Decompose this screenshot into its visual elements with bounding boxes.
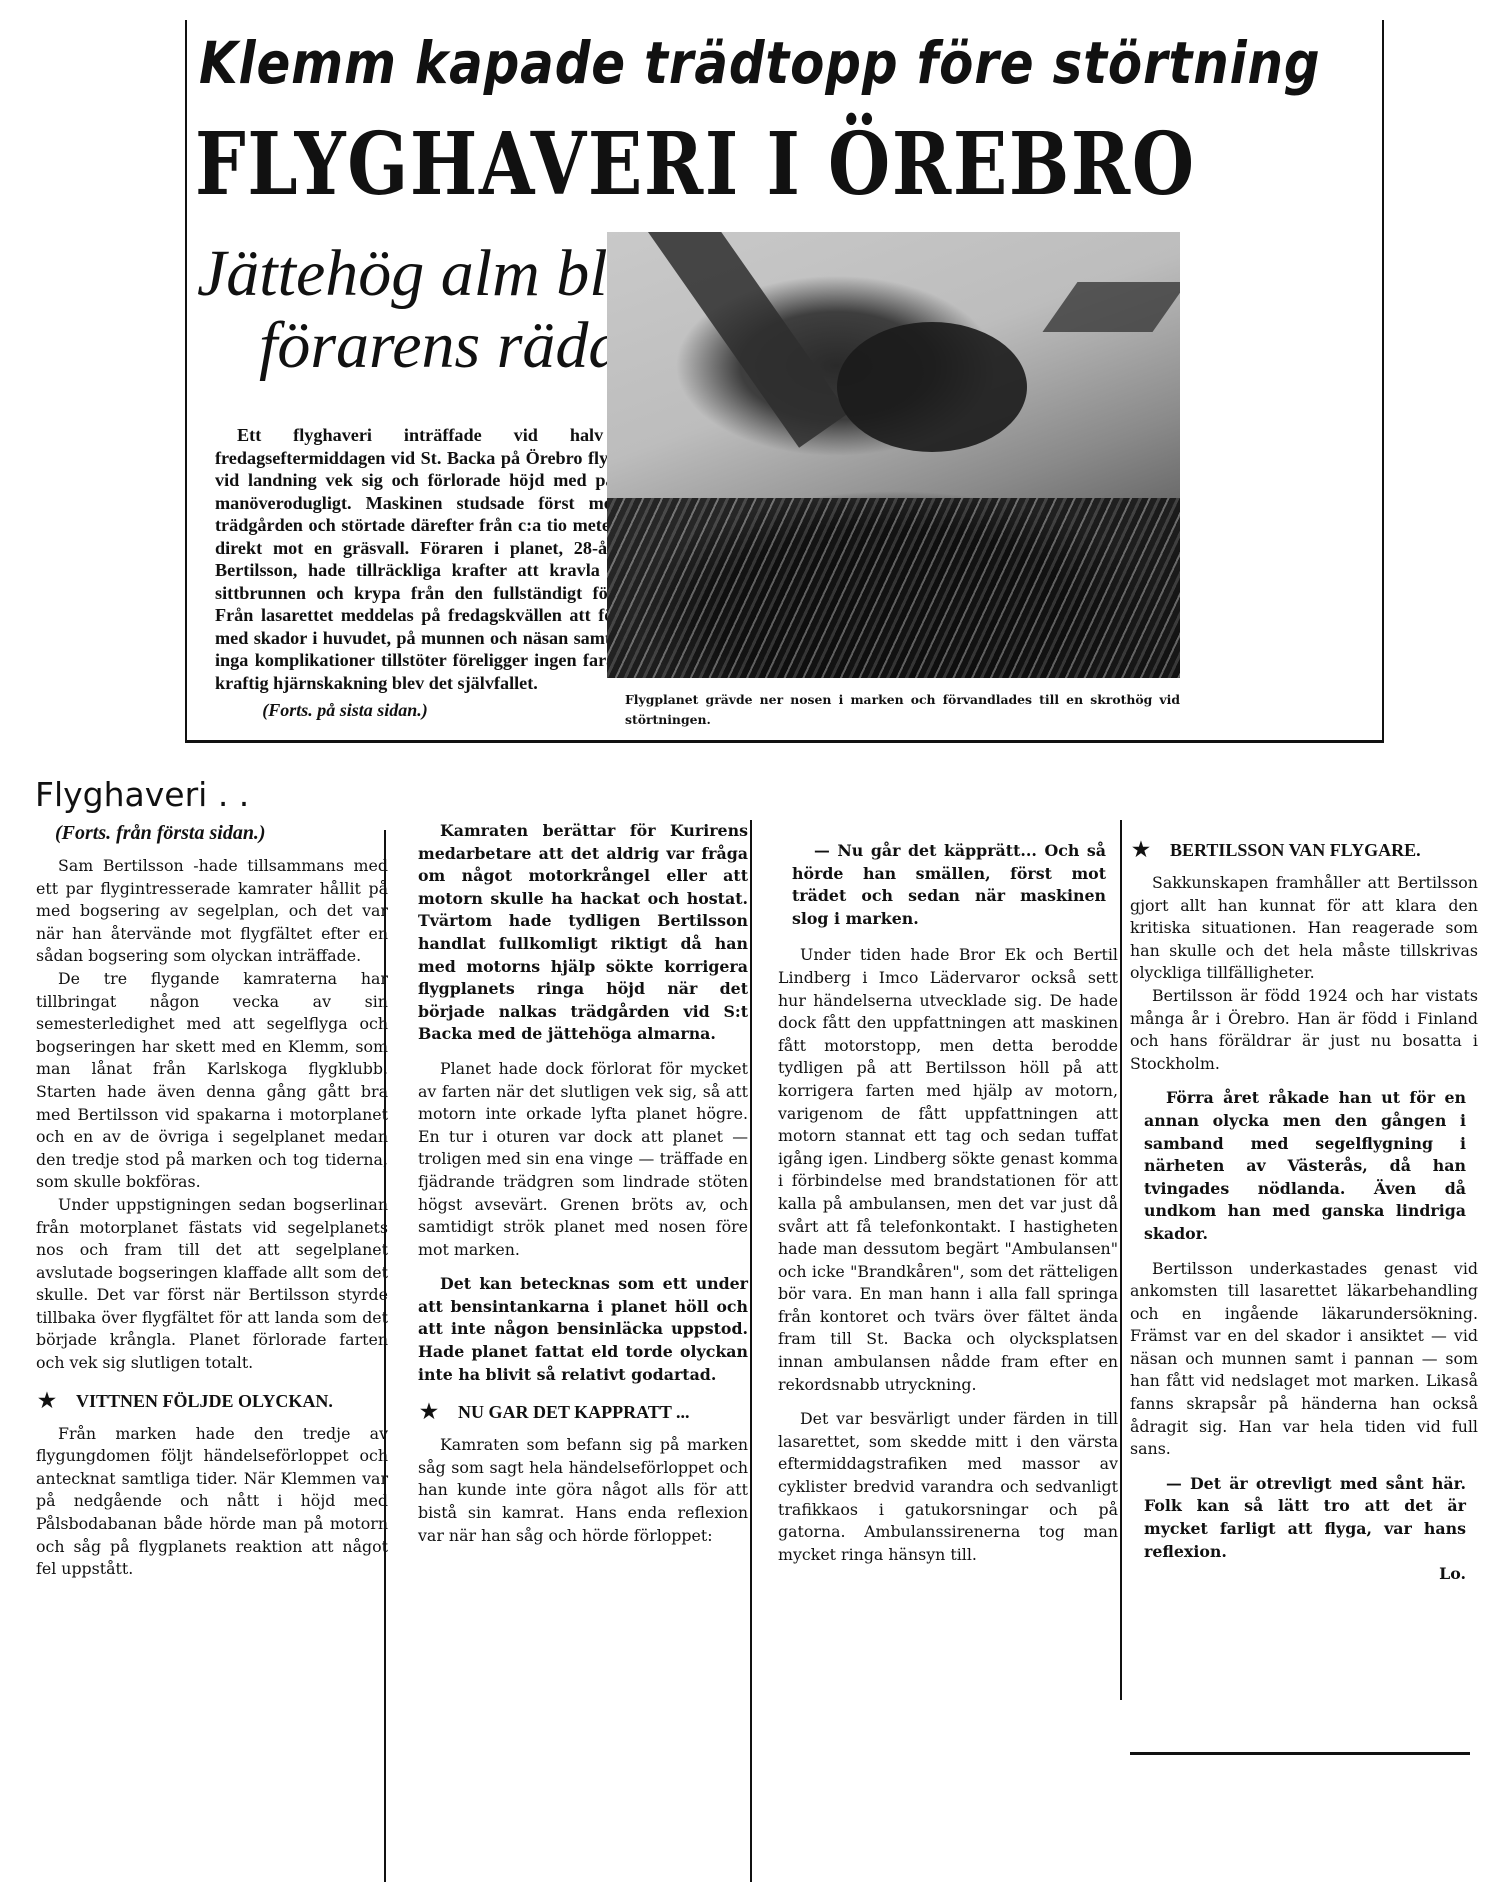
paragraph: Det var besvärligt under färden in till …: [778, 1408, 1118, 1566]
byline-signature: Lo.: [1130, 1563, 1478, 1586]
subheading-text: NU GAR DET KAPPRATT ...: [458, 1402, 690, 1422]
crashed-plane-photo: [607, 232, 1180, 678]
paragraph: Under tiden hade Bror Ek och Bertil Lind…: [778, 944, 1118, 1396]
quote-paragraph: Förra året råkade han ut för en annan ol…: [1130, 1087, 1478, 1245]
closing-quote: — Det är otrevligt med sånt här. Folk ka…: [1130, 1473, 1478, 1563]
paragraph: Det kan betecknas som ett under att bens…: [418, 1273, 748, 1386]
paragraph: Bertilsson är född 1924 och har vistats …: [1130, 985, 1478, 1075]
main-headline: FLYGHAVERI I ÖREBRO: [195, 110, 1174, 220]
column-divider: [750, 820, 752, 1882]
quote-paragraph: — Nu går det käpprätt... Och så hörde ha…: [778, 840, 1118, 930]
paragraph: Under uppstigningen sedan bogserlinan fr…: [36, 1194, 388, 1375]
photo-fuselage-shape: [837, 322, 1027, 452]
column-2: Kamraten berättar för Kurirens medarbeta…: [418, 820, 748, 1547]
continued-on-last-page: (Forts. på sista sidan.): [185, 700, 505, 721]
subheadline-line-1: Jättehög alm blev: [197, 237, 666, 310]
paragraph: Bertilsson underkastades genast vid anko…: [1130, 1258, 1478, 1461]
paragraph: Planet hade dock förlorat för mycket av …: [418, 1058, 748, 1261]
subheading-text: BERTILSSON VAN FLYGARE.: [1170, 840, 1421, 860]
subheading: ★ NU GAR DET KAPPRATT ...: [418, 1400, 748, 1424]
paragraph: Från marken hade den tredje av flygungdo…: [36, 1423, 388, 1581]
column-1: Sam Bertilsson -hade tillsammans med ett…: [36, 855, 388, 1581]
paragraph: Sakkunskapen framhåller att Bertilsson g…: [1130, 872, 1478, 985]
photo-wing-shape: [1042, 282, 1180, 332]
photo-caption: Flygplanet grävde ner nosen i marken och…: [625, 690, 1180, 730]
paragraph: Kamraten som befann sig på marken såg so…: [418, 1434, 748, 1547]
subheading: ★ BERTILSSON VAN FLYGARE.: [1130, 838, 1478, 862]
paragraph: Kamraten berättar för Kurirens medarbeta…: [418, 820, 748, 1046]
column-3: — Nu går det käpprätt... Och så hörde ha…: [778, 840, 1118, 1566]
subheading: ★ VITTNEN FÖLJDE OLYCKAN.: [36, 1389, 388, 1413]
kicker-headline: Klemm kapade trädtopp före störtning: [199, 28, 1210, 98]
photo-wing-shape: [627, 232, 848, 448]
column-4: ★ BERTILSSON VAN FLYGARE. Sakkunskapen f…: [1130, 838, 1478, 1586]
star-icon: ★: [1132, 838, 1150, 862]
column-divider: [1120, 820, 1122, 1700]
subheading-text: VITTNEN FÖLJDE OLYCKAN.: [76, 1391, 333, 1411]
star-icon: ★: [420, 1400, 438, 1424]
photo-brush-shape: [607, 498, 1180, 678]
newspaper-page: Klemm kapade trädtopp före störtning FLY…: [0, 0, 1500, 1882]
end-rule: [1130, 1752, 1470, 1755]
paragraph: De tre flygande kamraterna har tillbring…: [36, 968, 388, 1194]
star-icon: ★: [38, 1389, 56, 1413]
running-head: Flyghaveri . .: [35, 775, 249, 815]
continued-from-front-page: (Forts. från första sidan.): [55, 822, 266, 845]
paragraph: Sam Bertilsson -hade tillsammans med ett…: [36, 855, 388, 968]
